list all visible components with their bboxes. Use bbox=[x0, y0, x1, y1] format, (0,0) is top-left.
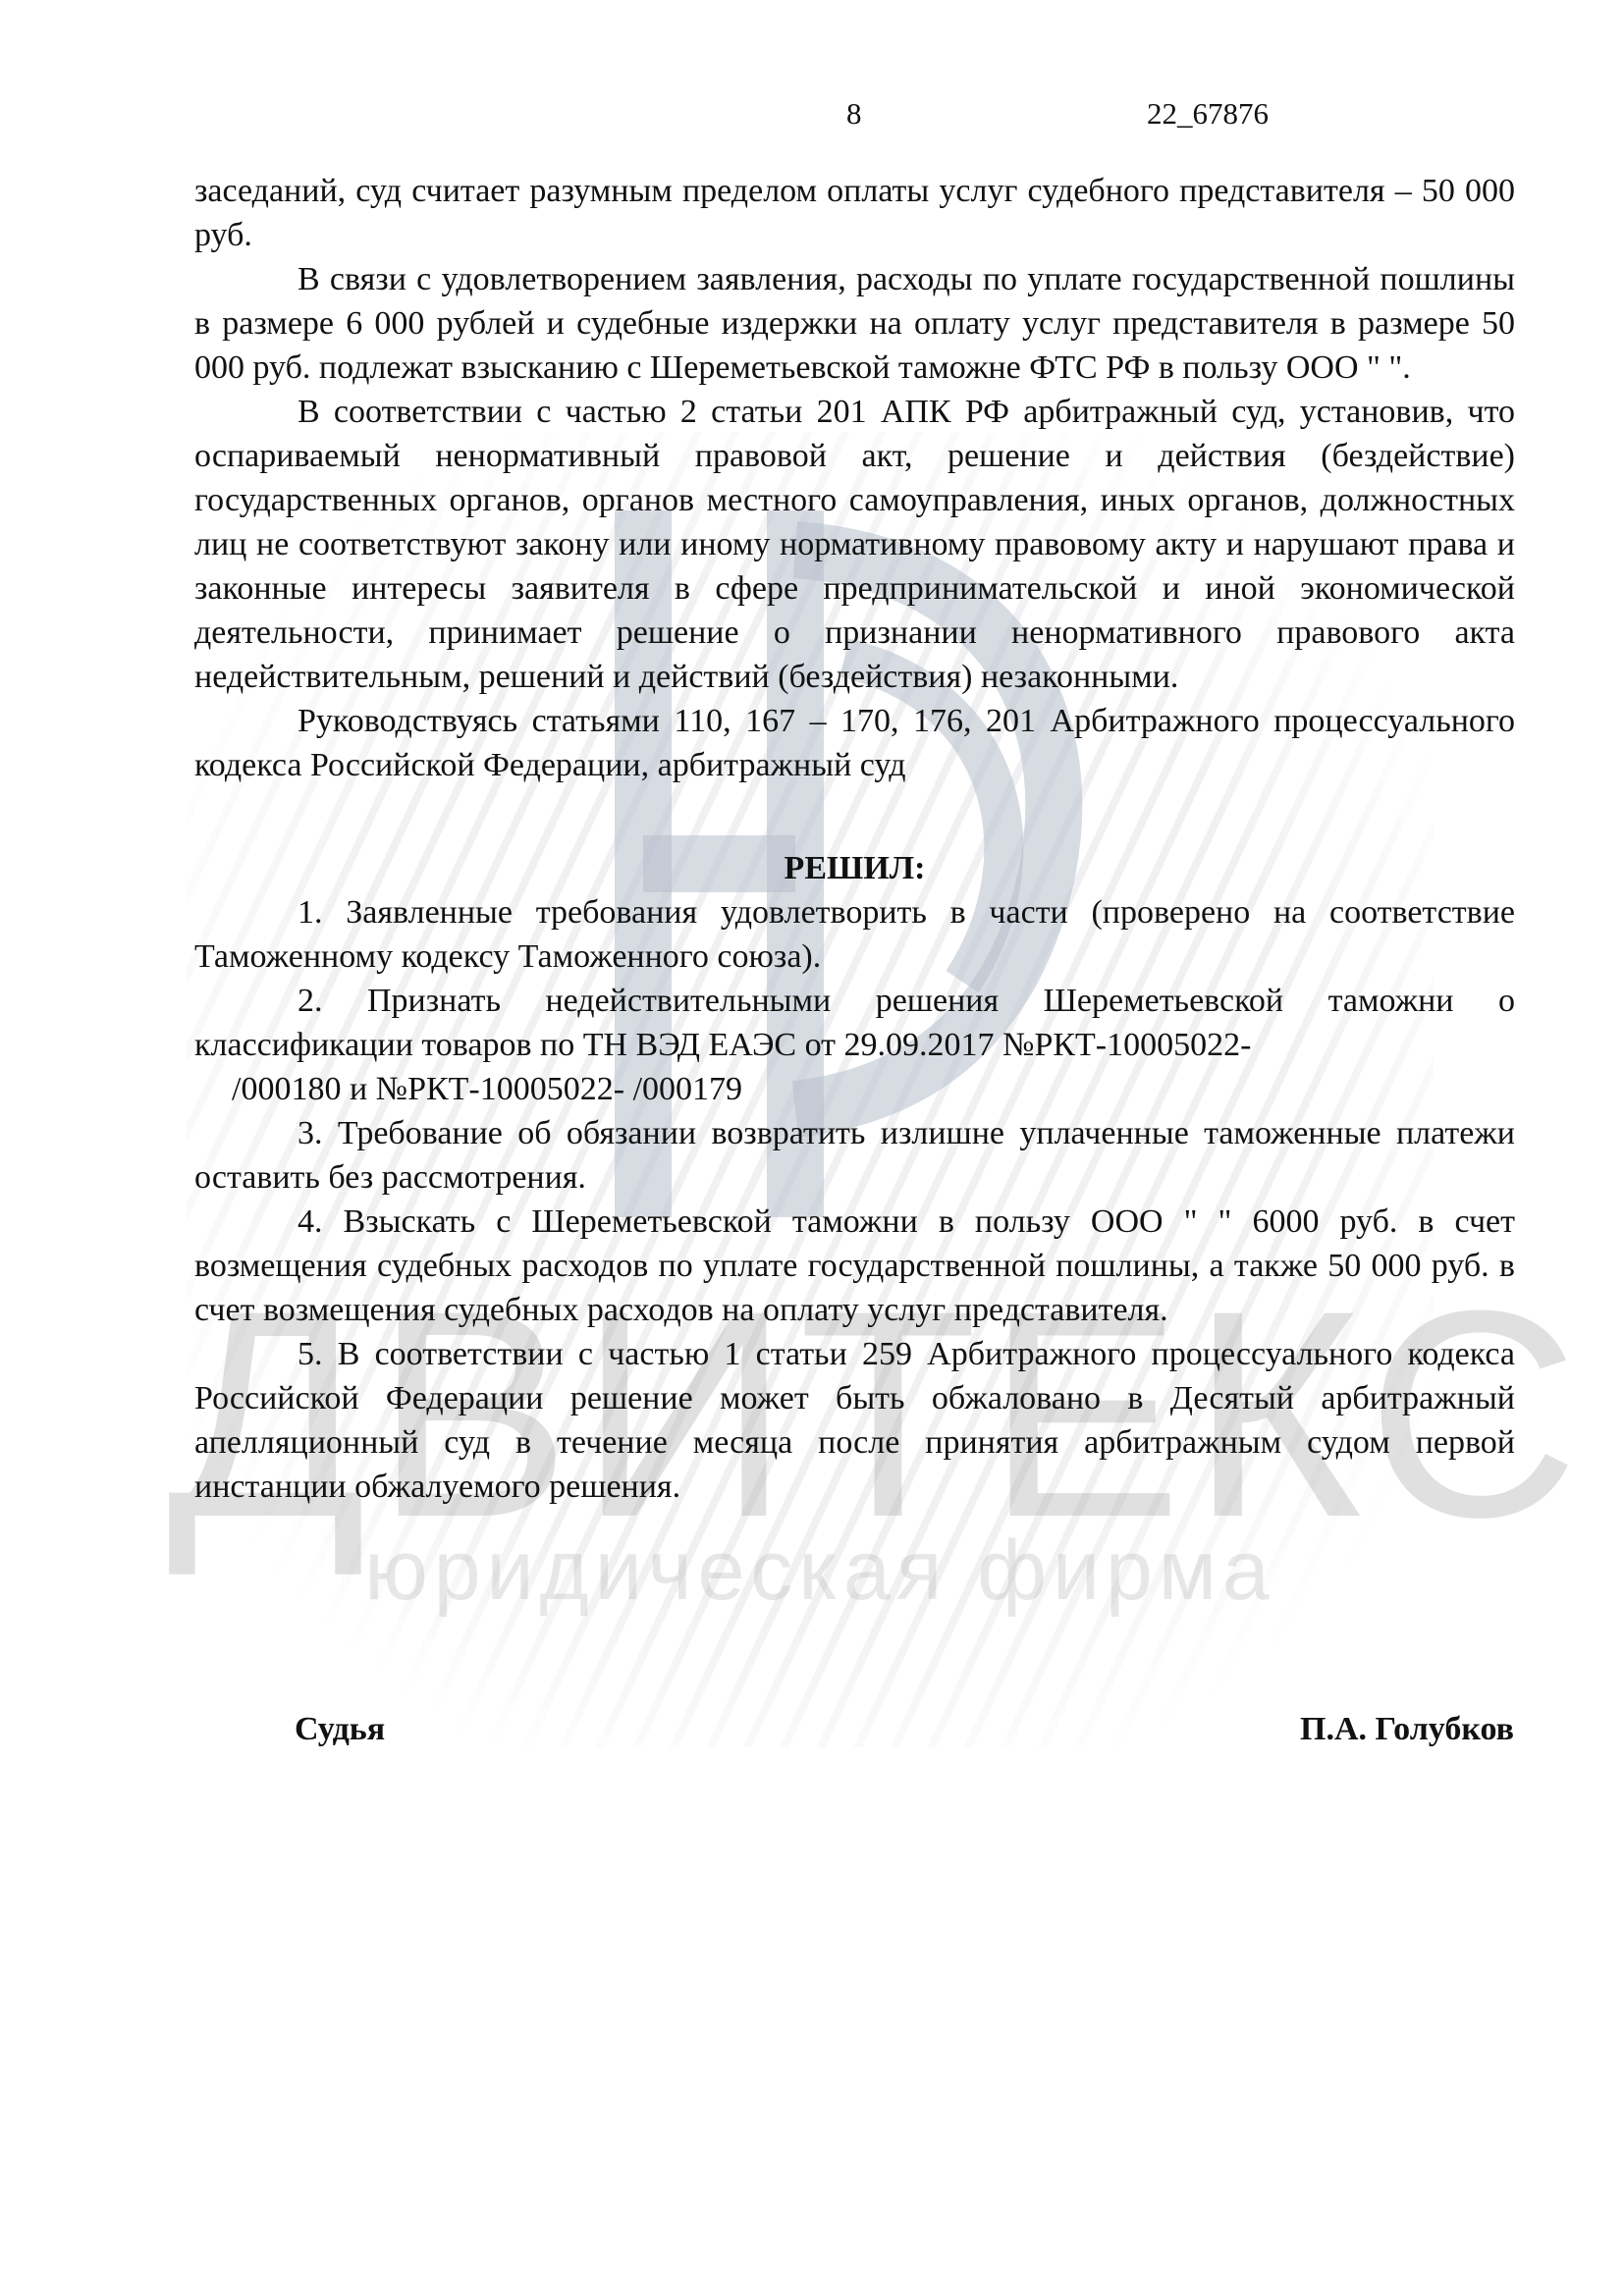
decision-item-4: 4. Взыскать с Шереметьевской таможни в п… bbox=[194, 1200, 1515, 1332]
decision-item-3: 3. Требование об обязании возвратить изл… bbox=[194, 1111, 1515, 1200]
decision-title: РЕШИЛ: bbox=[194, 846, 1515, 890]
paragraph-costs-recovery: В связи с удовлетворением заявления, рас… bbox=[194, 257, 1515, 390]
paragraph-legal-basis: В соответствии с частью 2 статьи 201 АПК… bbox=[194, 390, 1515, 699]
decision-item-2: 2. Признать недействительными решения Ше… bbox=[194, 979, 1515, 1067]
document-body: заседаний, суд считает разумным пределом… bbox=[194, 169, 1515, 1509]
paragraph-fees-limit: заседаний, суд считает разумным пределом… bbox=[194, 169, 1515, 257]
document-page: ДВИТЕКС юридическая фирма 8 22_67876 зас… bbox=[0, 0, 1624, 2296]
page-number: 8 bbox=[846, 96, 862, 132]
decision-item-5: 5. В соответствии с частью 1 статьи 259 … bbox=[194, 1332, 1515, 1509]
case-number: 22_67876 bbox=[1147, 96, 1272, 132]
watermark-subtitle: юридическая фирма bbox=[167, 1526, 1473, 1615]
paragraph-guided-by: Руководствуясь статьями 110, 167 – 170, … bbox=[194, 699, 1515, 787]
decision-item-1: 1. Заявленные требования удовлетворить в… bbox=[194, 890, 1515, 979]
signature-name: П.А. Голубков bbox=[1300, 1711, 1514, 1748]
decision-item-2-continuation: /000180 и №РКТ-10005022- /000179 bbox=[194, 1067, 1515, 1111]
signature-role: Судья bbox=[295, 1711, 385, 1748]
